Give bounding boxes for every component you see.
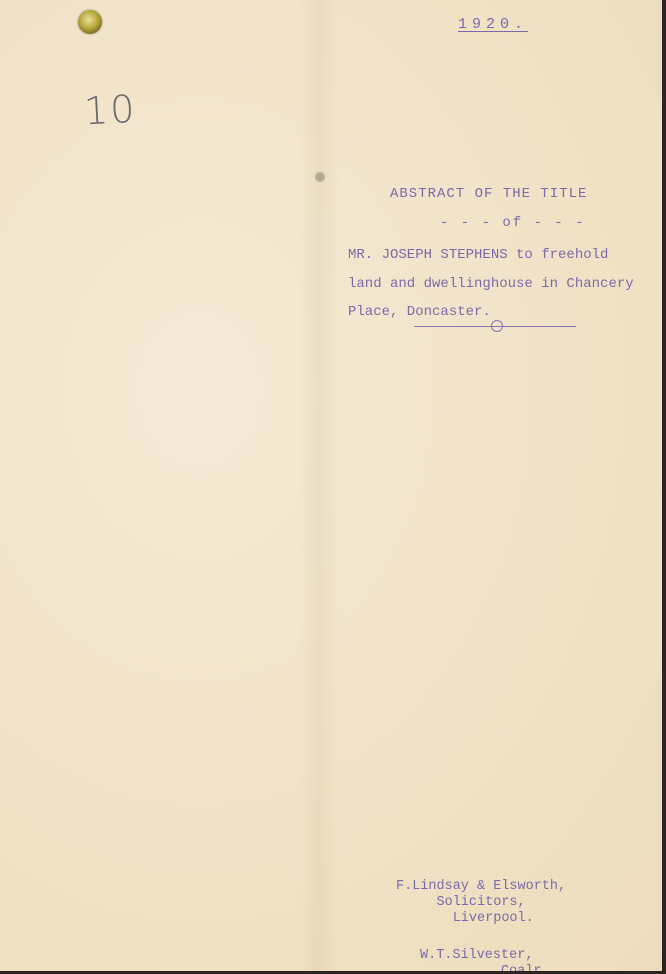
ink-smudge <box>315 172 325 182</box>
of-separator: - - - of - - - <box>440 215 586 231</box>
title-description: MR. JOSEPH STEPHENS to freehold land and… <box>348 241 634 327</box>
solicitors-line: F.Lindsay & Elsworth, <box>396 879 566 894</box>
solicitors-block: F.Lindsay & Elsworth, Solicitors, Liverp… <box>396 879 566 927</box>
divider-ornament-icon <box>491 320 503 332</box>
page-edge <box>662 0 666 974</box>
document-year: 1920. <box>458 16 528 33</box>
document-title: ABSTRACT OF THE TITLE <box>390 186 587 202</box>
document-page: 10 1920. ABSTRACT OF THE TITLE - - - of … <box>0 0 666 974</box>
agent-line: W.T.Silvester, <box>420 948 533 963</box>
body-line: MR. JOSEPH STEPHENS to freehold <box>348 247 608 263</box>
solicitors-line: Solicitors, <box>396 895 526 910</box>
handwritten-number: 10 <box>83 87 138 134</box>
brass-rivet-icon <box>78 10 102 34</box>
body-line: land and dwellinghouse in Chancery <box>348 276 634 292</box>
solicitors-line: Liverpool. <box>396 911 534 926</box>
body-line: Place, Doncaster. <box>348 304 491 320</box>
